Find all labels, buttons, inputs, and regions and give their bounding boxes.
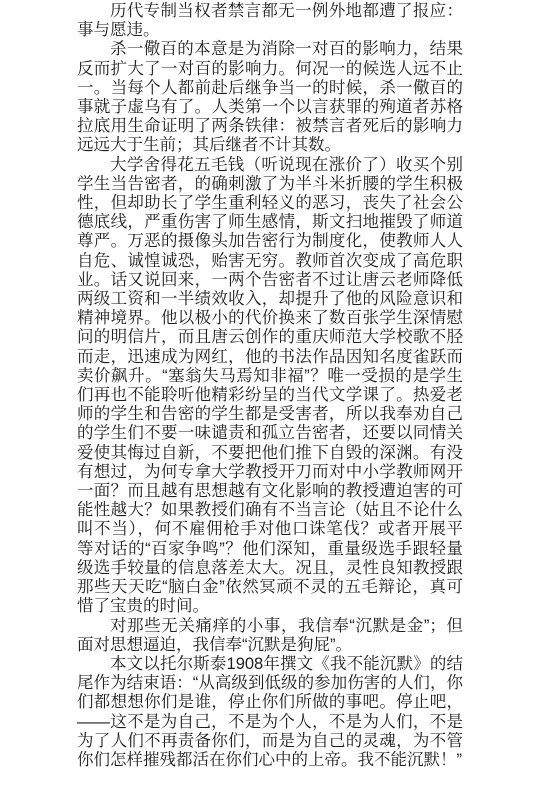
paragraph-tolstoy-ending: 本文以托尔斯泰1908年撰文《我不能沉默》的结尾作为结束语：“从高级到低级的参加…: [77, 655, 463, 770]
scanned-document-background: { "document": { "language": "zh-CN", "te…: [0, 0, 540, 793]
paragraph-silence-is-gold: 对那些无关痛痒的小事，我信奉“沉默是金”；但面对思想逼迫，我信奉“沉默是狗屁”。: [77, 617, 463, 655]
paragraph-informants: 大学舍得花五毛钱（听说现在涨价了）收买个别学生当告密者，的确刺激了为半斗米折腰的…: [77, 156, 463, 617]
paragraph-retribution: 历代专制当权者禁言都无一例外地都遭了报应：事与愿违。: [77, 2, 463, 40]
paragraph-kill-one-warn-hundred: 杀一儆百的本意是为消除一对百的影响力，结果反而扩大了一对百的影响力。何况一的候选…: [77, 40, 463, 155]
document-page: 历代专制当权者禁言都无一例外地都遭了报应：事与愿违。 杀一儆百的本意是为消除一对…: [77, 2, 463, 770]
